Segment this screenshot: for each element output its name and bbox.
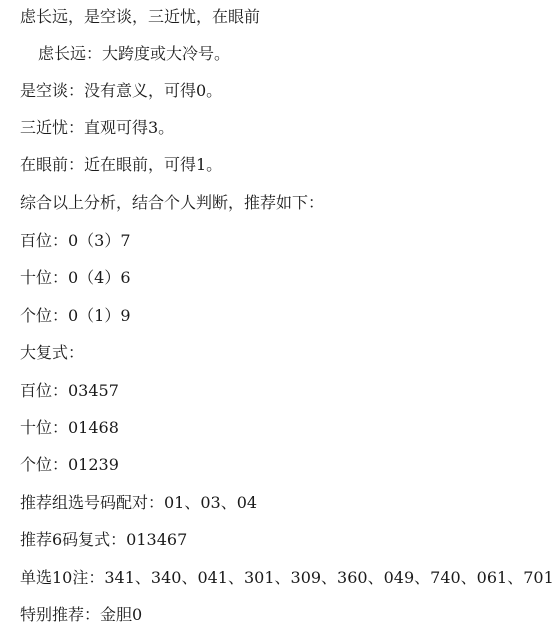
text-line-compound-hundreds: 百位：03457 bbox=[20, 381, 119, 401]
text-line-compound-units: 个位：01239 bbox=[20, 455, 119, 475]
text-line-tens: 十位：0（4）6 bbox=[20, 268, 131, 288]
text-line-long-term: 虑长远：大跨度或大冷号。 bbox=[38, 44, 230, 64]
text-line-before-eyes: 在眼前：近在眼前，可得1。 bbox=[20, 155, 222, 175]
text-line-group-pairs: 推荐组选号码配对：01、03、04 bbox=[20, 493, 257, 513]
text-line-summary: 综合以上分析，结合个人判断，推荐如下： bbox=[20, 193, 324, 213]
text-line-six-code: 推荐6码复式：013467 bbox=[20, 530, 187, 550]
text-line-special: 特别推荐：金胆0 bbox=[20, 605, 142, 625]
text-line-hundreds: 百位：0（3）7 bbox=[20, 231, 131, 251]
text-line-big-compound: 大复式： bbox=[20, 343, 84, 363]
text-line-units: 个位：0（1）9 bbox=[20, 306, 131, 326]
heading-line: 虑长远，是空谈，三近忧，在眼前 bbox=[20, 7, 260, 27]
text-line-empty-talk: 是空谈：没有意义，可得0。 bbox=[20, 81, 222, 101]
text-line-single-picks: 单选10注：341、340、041、301、309、360、049、740、06… bbox=[20, 568, 554, 588]
text-line-compound-tens: 十位：01468 bbox=[20, 418, 119, 438]
text-line-near-worry: 三近忧：直观可得3。 bbox=[20, 118, 174, 138]
